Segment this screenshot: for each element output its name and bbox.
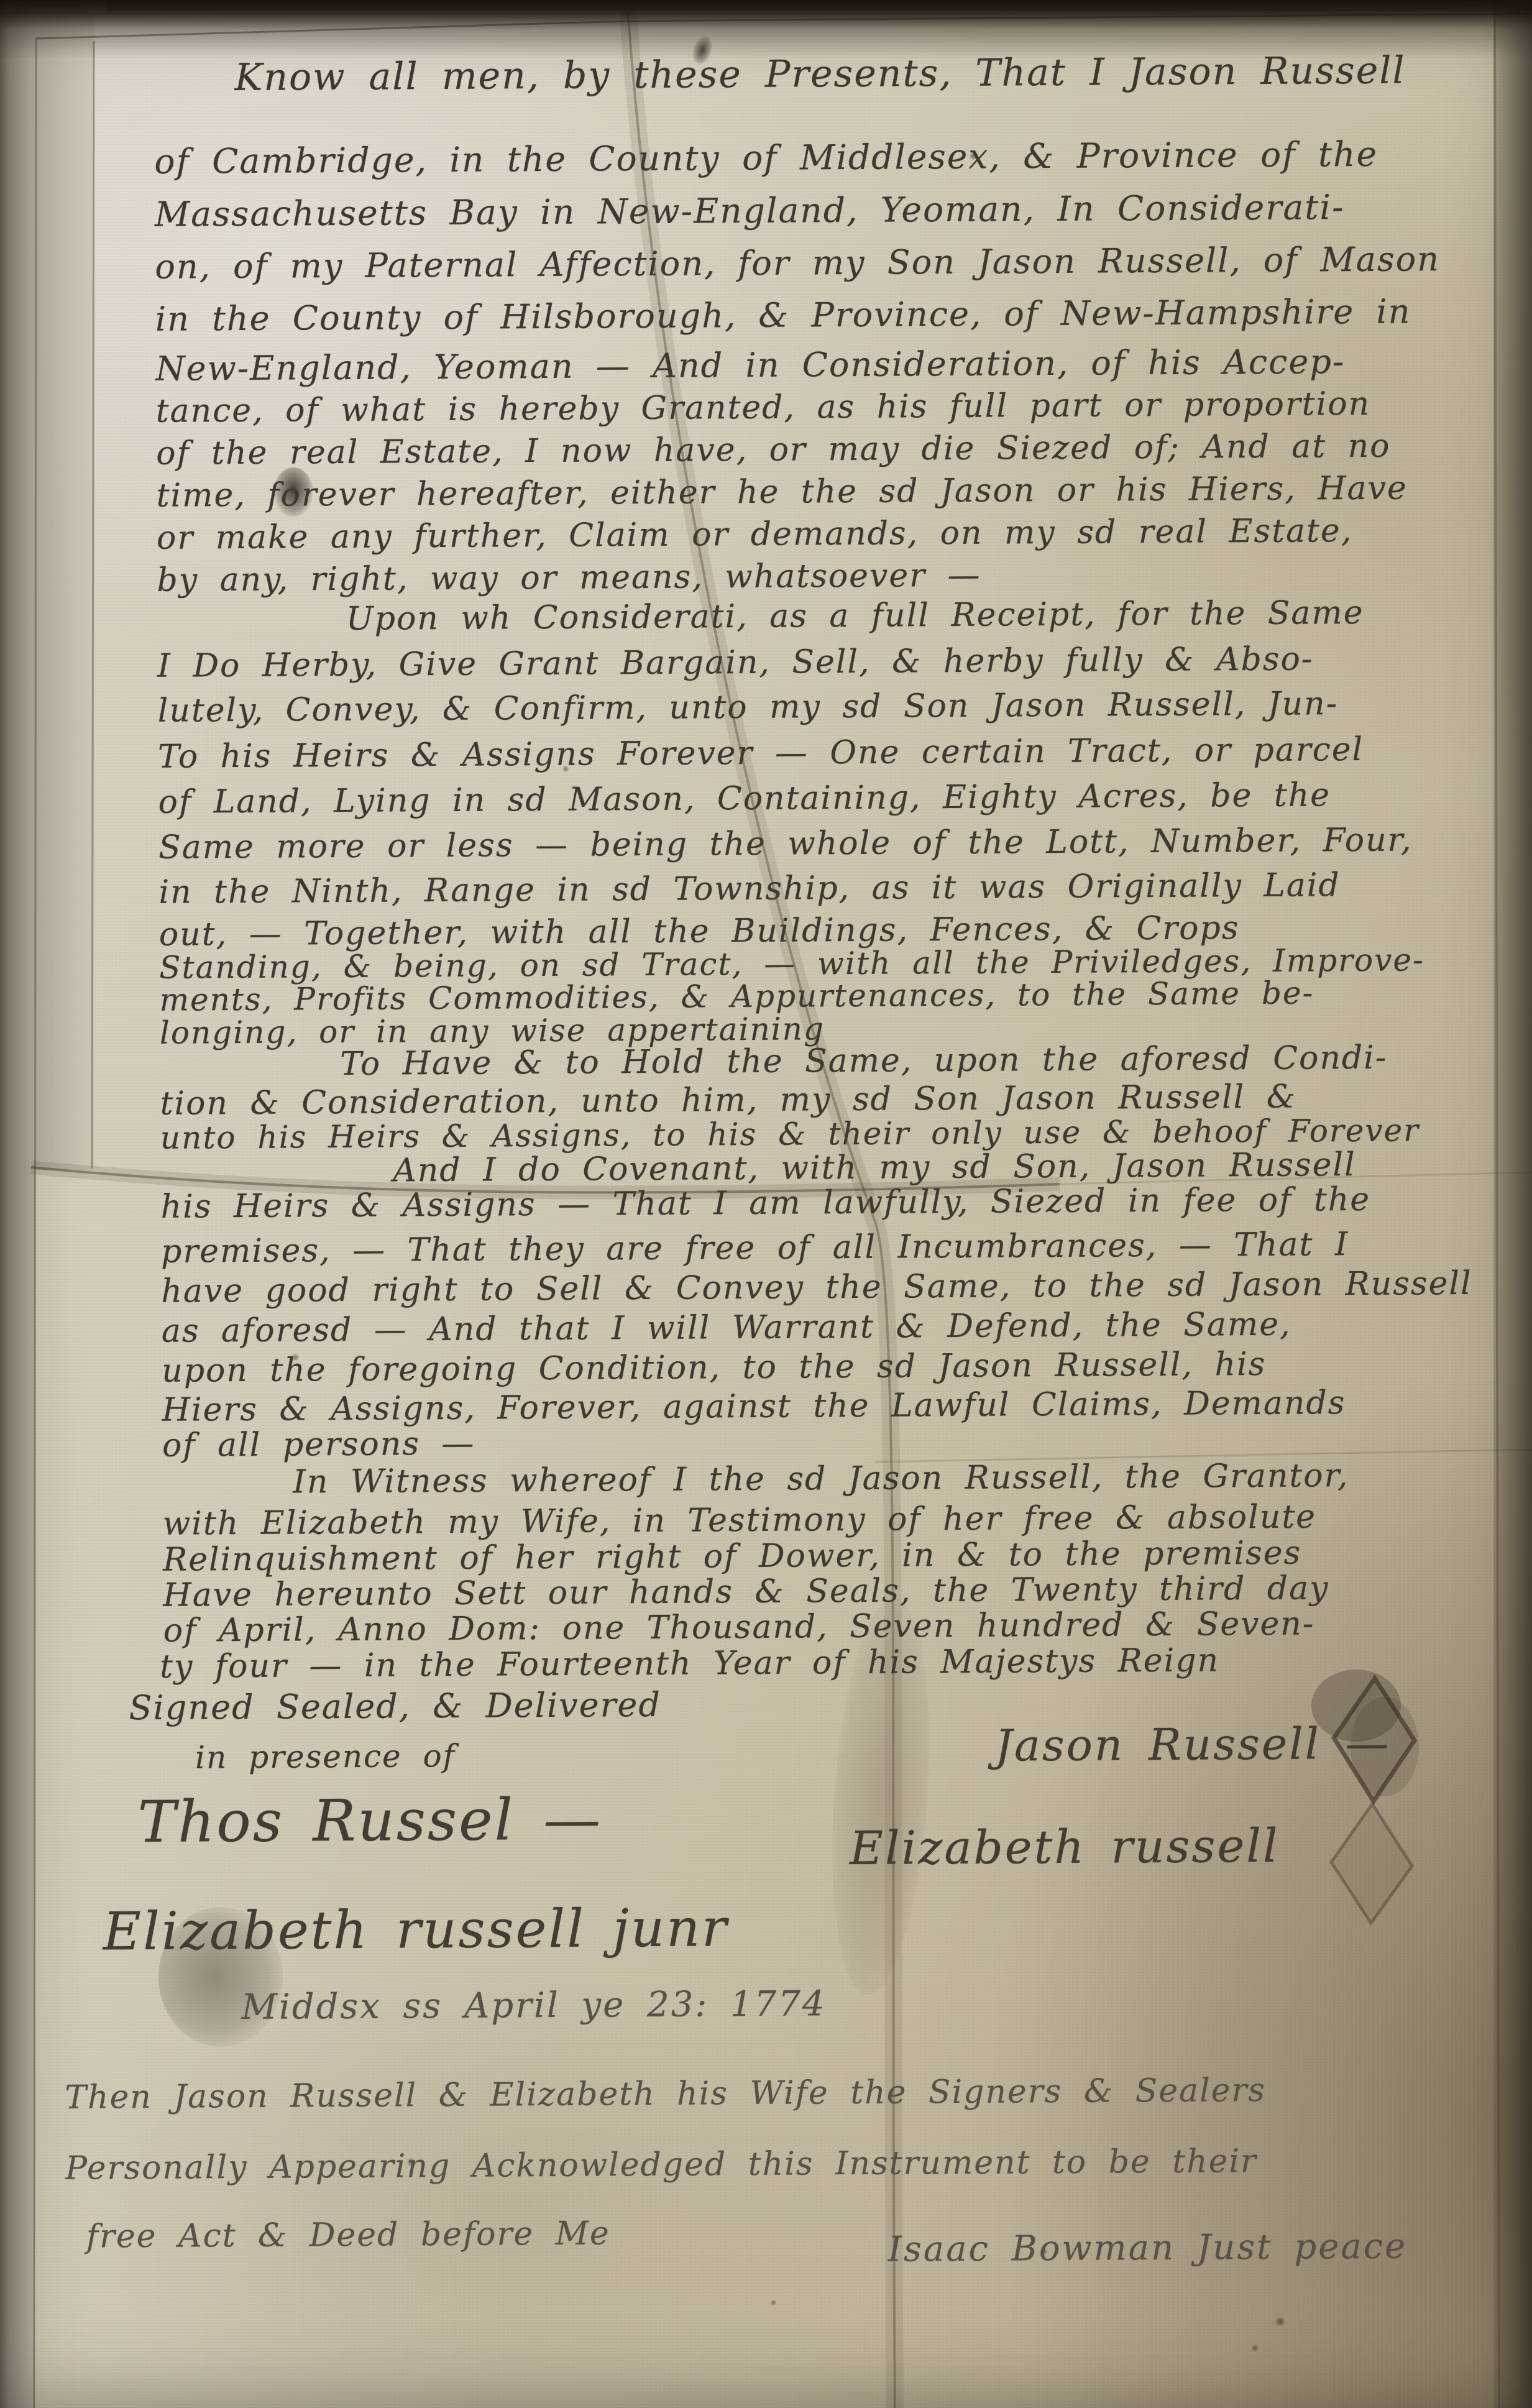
manuscript-line: his Heirs & Assigns — That I am lawfully… (160, 1181, 1370, 1226)
justice-signature: Isaac Bowman Just peace (888, 2226, 1408, 2270)
top-edge-shadow (0, 0, 1532, 59)
manuscript-line: To his Heirs & Assigns Forever — One cer… (158, 731, 1364, 776)
manuscript-line: Signed Sealed, & Delivered (129, 1685, 661, 1727)
manuscript-line: of Cambridge, in the County of Middlesex… (154, 134, 1378, 182)
manuscript-line: I Do Herby, Give Grant Bargain, Sell, & … (157, 640, 1313, 684)
jurat-line-2: Personally Appearing Acknowledged this I… (65, 2143, 1257, 2187)
manuscript-line: ty four — in the Fourteenth Year of his … (160, 1642, 1219, 1685)
manuscript-line: In Witness whereof I the sd Jason Russel… (293, 1457, 1349, 1500)
manuscript-line: of all persons — (162, 1425, 475, 1464)
manuscript-line: To Have & to Hold the Same, upon the afo… (340, 1039, 1388, 1083)
jurat-line-1: Then Jason Russell & Elizabeth his Wife … (65, 2072, 1266, 2116)
grantor-signature-jason-russell: Jason Russell — (995, 1718, 1391, 1772)
manuscript-text-block: Thos Russel — Elizabeth russell junr Jas… (0, 0, 1532, 2408)
manuscript-line: New-England, Yeoman — And in Considerati… (155, 342, 1345, 388)
manuscript-line: have good right to Sell & Convey the Sam… (161, 1265, 1472, 1310)
manuscript-line: or make any further, Claim or demands, o… (157, 512, 1353, 557)
manuscript-line: in presence of (195, 1738, 456, 1776)
manuscript-line: tance, of what is hereby Granted, as his… (156, 385, 1371, 430)
manuscript-line: in the Ninth, Range in sd Township, as i… (158, 866, 1341, 911)
manuscript-line: premises, — That they are free of all In… (161, 1226, 1349, 1271)
manuscript-line: as aforesd — And that I will Warrant & D… (162, 1306, 1291, 1350)
manuscript-line: lutely, Convey, & Confirm, unto my sd So… (158, 685, 1339, 730)
manuscript-line: time, forever hereafter, either he the s… (156, 470, 1407, 515)
manuscript-line: by any, right, way or means, whatsoever … (157, 557, 981, 599)
right-edge-shadow (1493, 0, 1532, 2408)
manuscript-line: of the real Estate, I now have, or may d… (156, 428, 1391, 472)
manuscript-line: on, of my Paternal Affection, for my Son… (155, 239, 1440, 287)
jurat-venue-date: Middsx ss April ye 23: 1774 (241, 1983, 826, 2028)
photograph: Thos Russel — Elizabeth russell junr Jas… (0, 0, 1532, 2408)
manuscript-line: Upon wh Considerati, as a full Receipt, … (346, 594, 1364, 638)
manuscript-line: upon the foregoing Condition, to the sd … (162, 1346, 1266, 1390)
manuscript-line: Same more or less — being the whole of t… (158, 821, 1413, 866)
manuscript-line: in the County of Hilsborough, & Province… (155, 292, 1411, 338)
manuscript-line: Hiers & Assigns, Forever, against the La… (162, 1384, 1346, 1429)
manuscript-line: Massachusetts Bay in New-England, Yeoman… (155, 187, 1345, 234)
witness-signature-elizabeth-russell-jr: Elizabeth russell junr (103, 1897, 728, 1962)
grantor-signature-elizabeth-russell: Elizabeth russell (850, 1819, 1280, 1875)
jurat-line-3: free Act & Deed before Me (86, 2215, 610, 2255)
witness-signature-thomas-russell: Thos Russel — (137, 1786, 602, 1855)
manuscript-line: of Land, Lying in sd Mason, Containing, … (158, 776, 1331, 821)
